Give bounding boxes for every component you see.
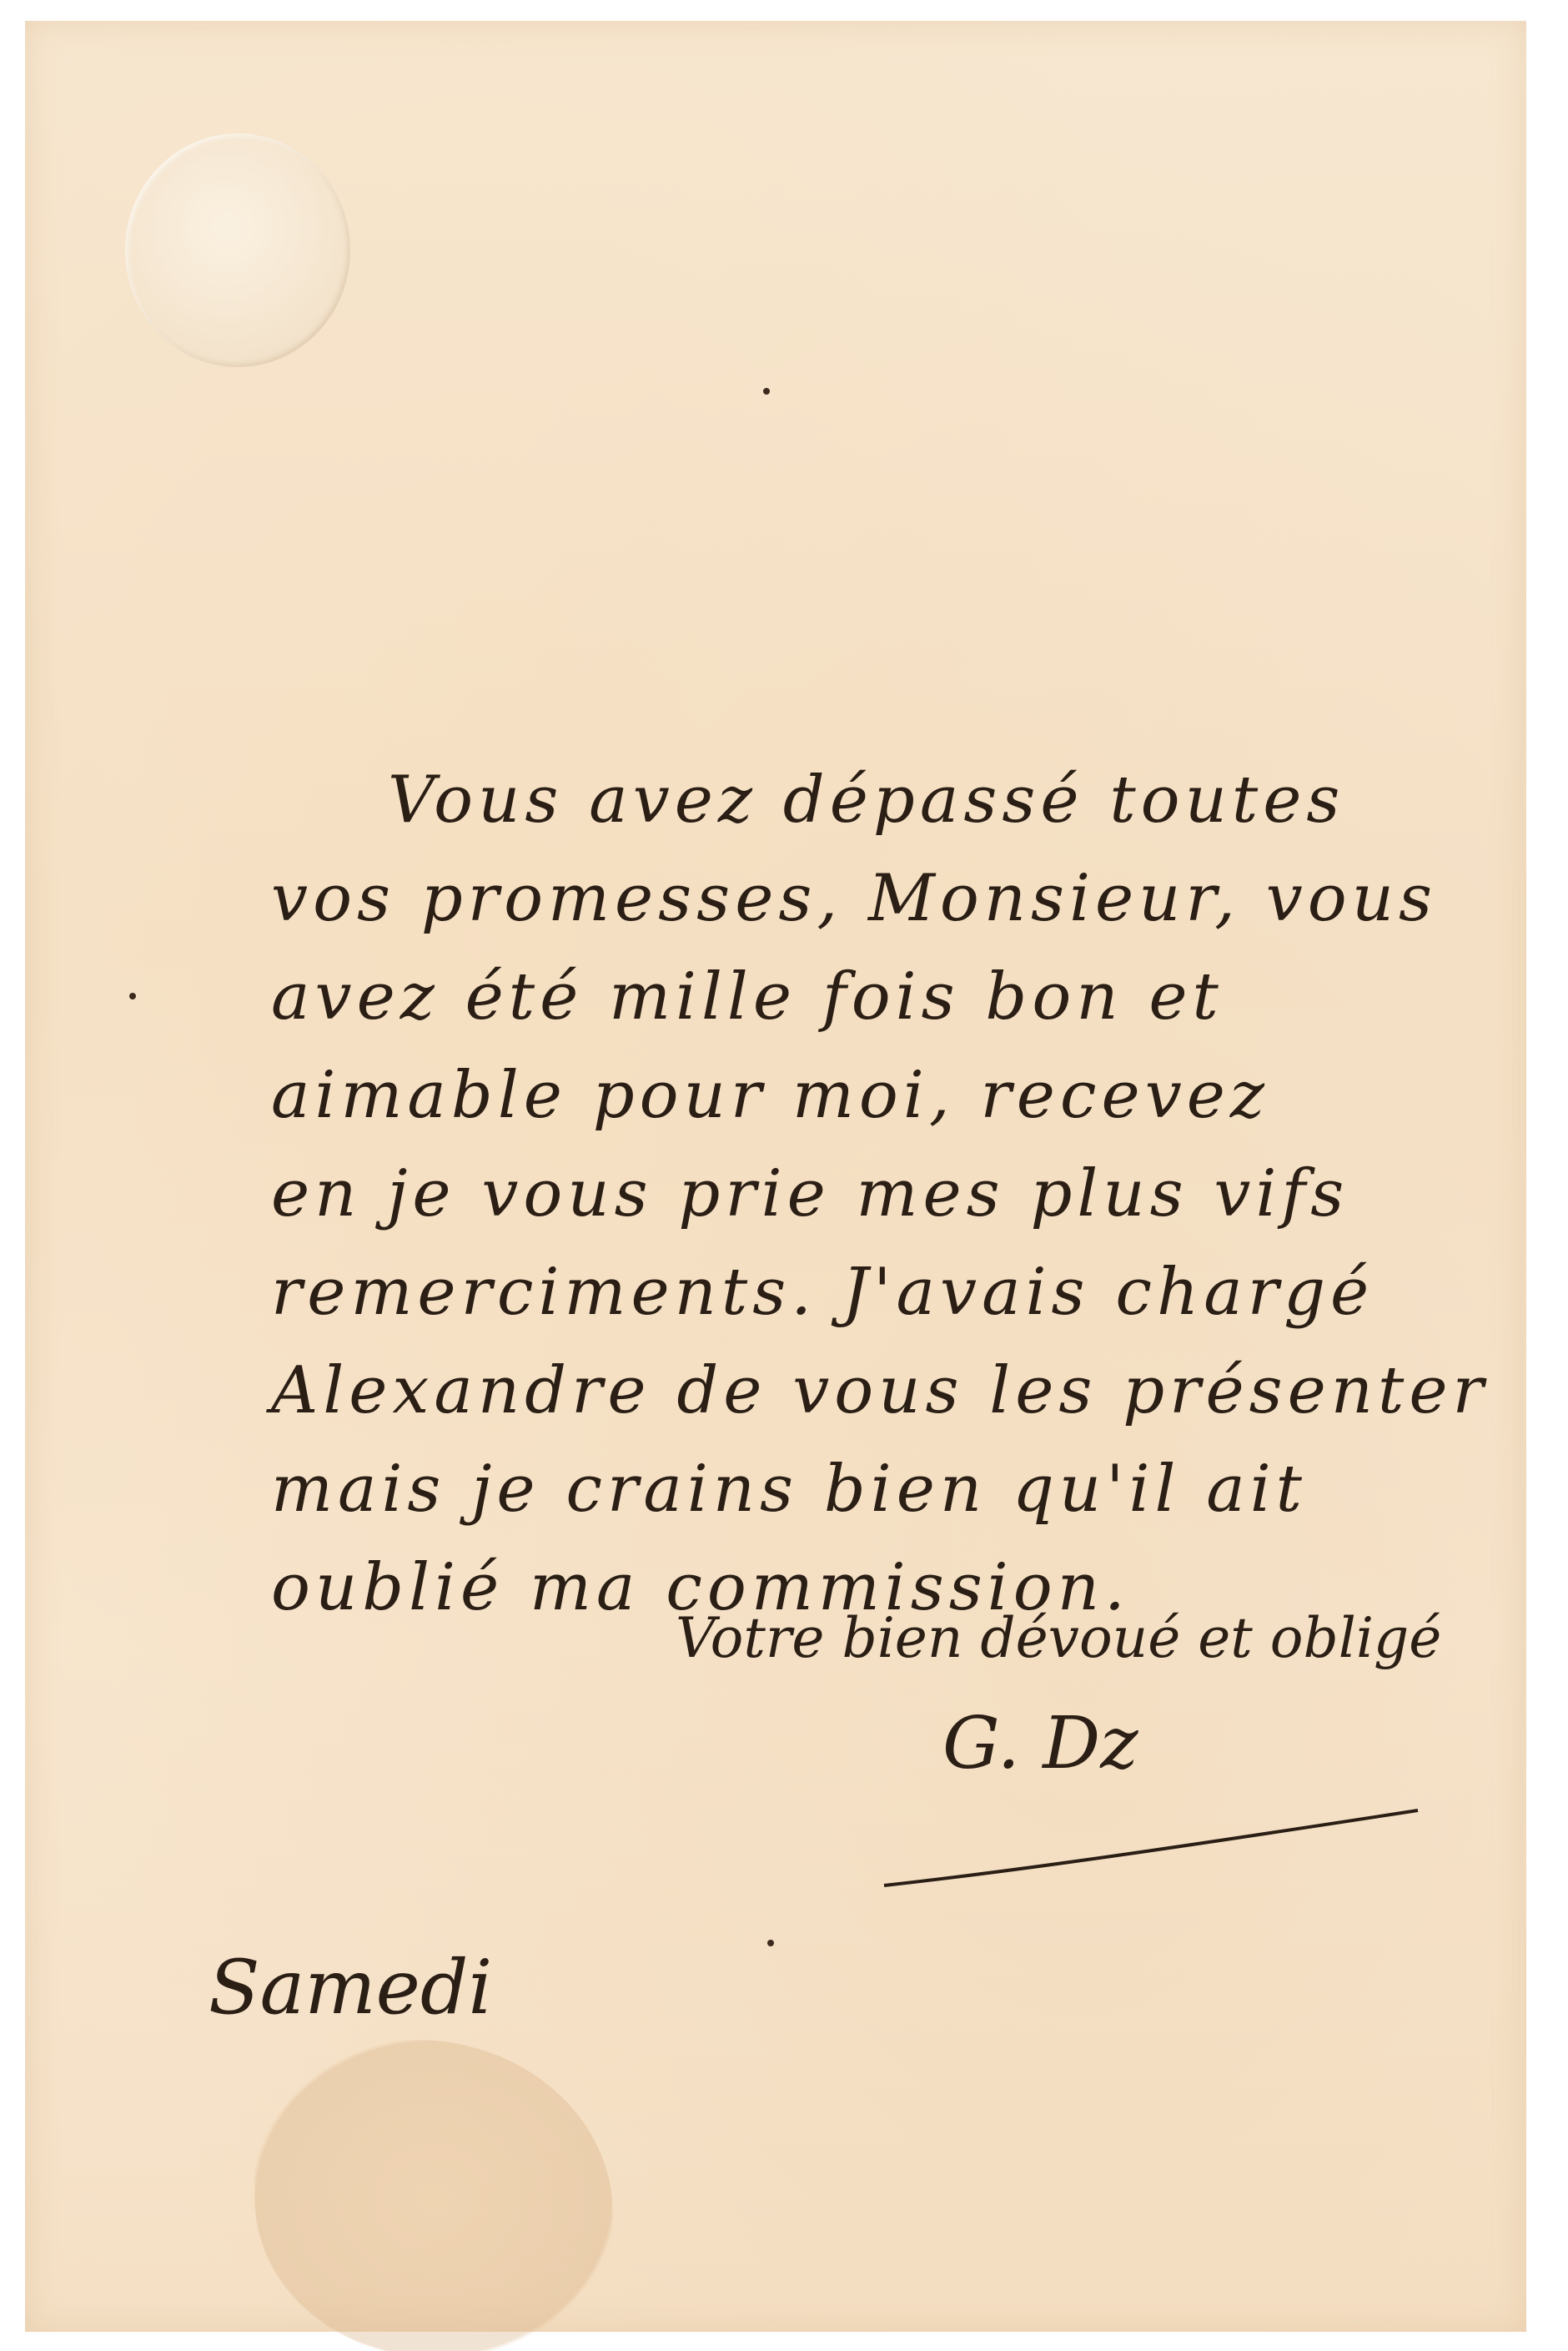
letter-line: Vous avez dépassé toutes	[271, 751, 1522, 849]
signature: G. Dz	[942, 1702, 1138, 1785]
letter-line: vos promesses, Monsieur, vous	[271, 849, 1522, 948]
letter-line: Alexandre de vous les présenter	[271, 1342, 1522, 1440]
letter-line: remerciments. J'avais chargé	[271, 1243, 1522, 1342]
letter-line: avez été mille fois bon et	[271, 948, 1522, 1046]
letter-day: Samedi	[209, 1944, 492, 2031]
ink-spot	[767, 1940, 774, 1946]
signature-flourish-icon	[867, 1794, 1435, 1894]
ink-spot	[763, 388, 770, 395]
letter-line: en je vous prie mes plus vifs	[271, 1145, 1522, 1243]
letter-line: mais je crains bien qu'il ait	[271, 1440, 1522, 1538]
letter-line: aimable pour moi, recevez	[271, 1046, 1522, 1145]
paper-stain	[254, 2040, 613, 2351]
letter-body: Vous avez dépassé toutes vos promesses, …	[271, 751, 1522, 1637]
ink-spot	[129, 993, 136, 999]
embossed-seal	[125, 133, 350, 367]
letter-closing: Votre bien dévoué et obligé	[676, 1606, 1441, 1670]
